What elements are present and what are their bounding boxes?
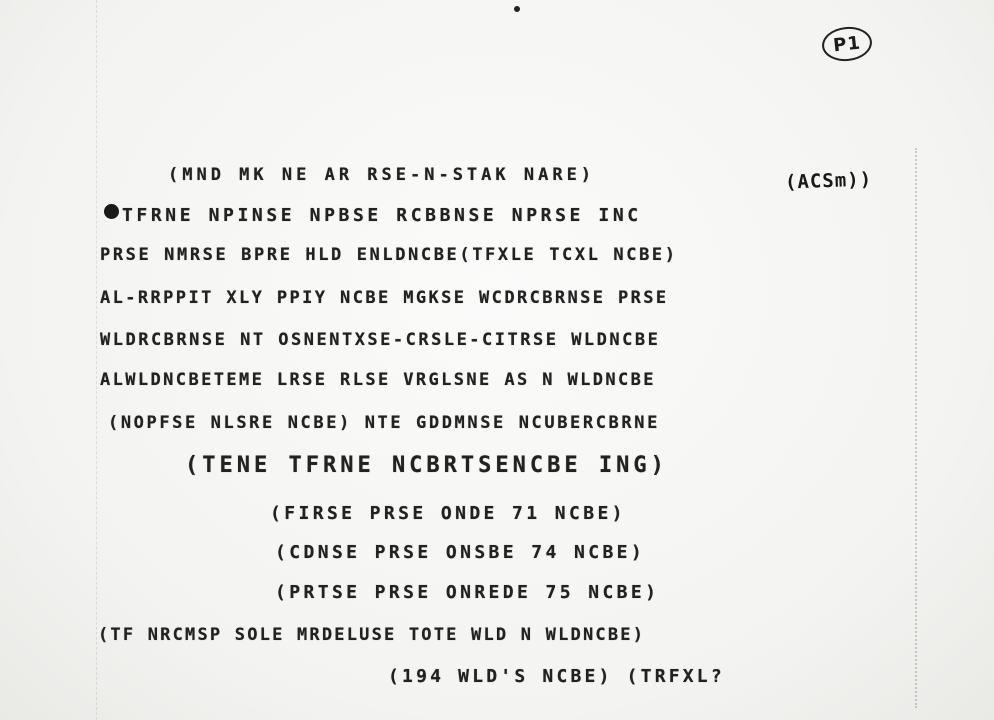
handwritten-line-10: (CDNSE PRSE ONSBE 74 NCBE) <box>275 542 645 563</box>
handwritten-line-5: WLDRCBRNSE NT OSNENTXSE-CRSLE-CITRSE WLD… <box>100 330 660 350</box>
handwritten-line-6: ALWLDNCBETEME LRSE RLSE VRGLSNE AS N WLD… <box>100 370 656 390</box>
handwritten-line-3: PRSE NMRSE BPRE HLD ENLDNCBE(TFXLE TCXL … <box>100 245 678 265</box>
right-margin-rule <box>915 148 917 708</box>
ink-blot <box>104 204 119 219</box>
handwritten-line-12: (TF NRCMSP SOLE MRDELUSE TOTE WLD N WLDN… <box>98 625 645 645</box>
handwritten-line-4: AL-RRPPIT XLY PPIY NCBE MGKSE WCDRCBRNSE… <box>100 288 669 308</box>
handwritten-line-11: (PRTSE PRSE ONREDE 75 NCBE) <box>275 582 659 603</box>
top-right-annotation: (ACSm)) <box>785 168 873 193</box>
scanned-handwritten-page: P1 (ACSm)) (MND MK NE AR RSE-N-STAK NARE… <box>0 0 994 720</box>
handwritten-line-7: (NOPFSE NLSRE NCBE) NTE GDDMNSE NCUBERCB… <box>108 413 660 433</box>
page-number-label: P1 <box>832 32 862 56</box>
handwritten-line-13: (194 WLD'S NCBE) (TRFXL? <box>388 666 725 687</box>
handwritten-line-1: (MND MK NE AR RSE-N-STAK NARE) <box>168 165 595 185</box>
handwritten-line-9: (FIRSE PRSE ONDE 71 NCBE) <box>270 503 626 524</box>
page-number-circled: P1 <box>820 24 873 63</box>
ink-speck <box>514 6 520 12</box>
handwritten-line-8: (TENE TFRNE NCBRTSENCBE ING) <box>185 453 668 478</box>
left-margin-rule <box>96 0 97 720</box>
handwritten-line-2: TFRNE NPINSE NPBSE RCBBNSE NPRSE INC <box>122 205 642 226</box>
